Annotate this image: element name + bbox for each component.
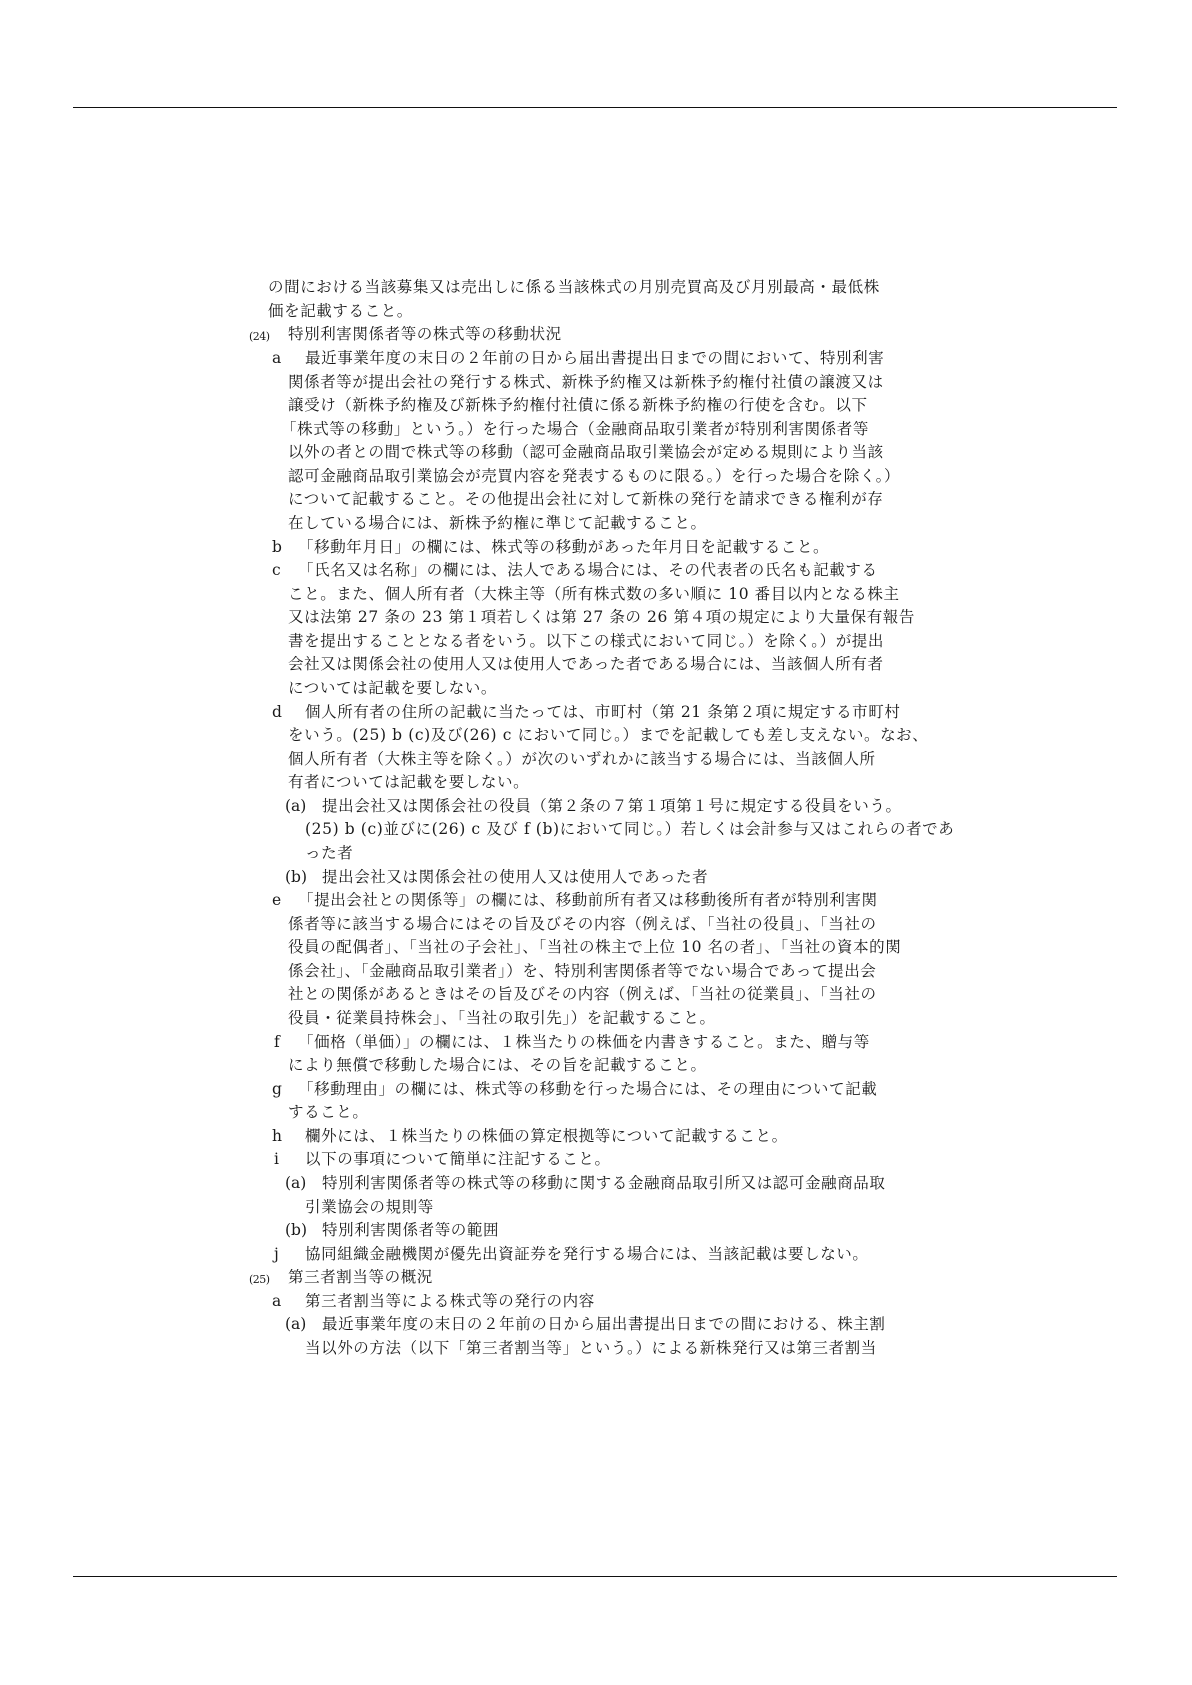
item-marker: (b) <box>285 1220 307 1240</box>
text-line: 「株式等の移動」という。）を行った場合（金融商品取引業者が特別利害関係者等 <box>281 419 869 439</box>
item-marker: g <box>272 1079 282 1099</box>
item-marker: d <box>272 702 282 722</box>
header-rule <box>73 107 1117 108</box>
item-marker: (24) <box>249 327 270 347</box>
text-line: 特別利害関係者等の株式等の移動状況 <box>288 324 562 344</box>
text-line: 役員・従業員持株会」、「当社の取引先」）を記載すること。 <box>288 1008 716 1028</box>
text-line: 在している場合には、新株予約権に準じて記載すること。 <box>288 513 707 533</box>
text-line: について記載すること。その他提出会社に対して新株の発行を請求できる権利が存 <box>288 489 883 509</box>
text-line: 係者等に該当する場合にはその旨及びその内容（例えば、「当社の役員」、「当社の <box>288 914 877 934</box>
text-line: 役員の配偶者」、「当社の子会社」、「当社の株主で上位 10 名の者」、「当社の資… <box>288 937 901 957</box>
text-line: 特別利害関係者等の株式等の移動に関する金融商品取引所又は認可金融商品取 <box>322 1173 886 1193</box>
text-line: 「価格（単価）」の欄には、１株当たりの株価を内書きすること。また、贈与等 <box>298 1032 870 1052</box>
text-line: 「移動理由」の欄には、株式等の移動を行った場合には、その理由について記載 <box>298 1079 877 1099</box>
item-marker: b <box>272 537 282 557</box>
item-marker: (a) <box>285 1314 306 1334</box>
text-line: 以下の事項について簡単に注記すること。 <box>305 1149 611 1169</box>
text-line: の間における当該募集又は売出しに係る当該株式の月別売買高及び月別最高・最低株 <box>268 277 880 297</box>
item-marker: h <box>272 1126 282 1146</box>
item-marker: (b) <box>285 867 307 887</box>
text-line: すること。 <box>288 1102 369 1122</box>
text-line: により無償で移動した場合には、その旨を記載すること。 <box>288 1055 707 1075</box>
text-line: 協同組織金融機関が優先出資証券を発行する場合には、当該記載は要しない。 <box>305 1244 869 1264</box>
text-line: 係会社」、「金融商品取引業者」）を、特別利害関係者等でない場合であって提出会 <box>288 961 876 981</box>
text-line: 又は法第 27 条の 23 第１項若しくは第 27 条の 26 第４項の規定によ… <box>288 607 915 627</box>
text-line: 最近事業年度の末日の２年前の日から届出書提出日までの間における、株主割 <box>322 1314 886 1334</box>
item-marker: a <box>272 348 281 368</box>
item-marker: (a) <box>285 1173 306 1193</box>
text-line: 第三者割当等の概況 <box>288 1267 433 1287</box>
text-line: 価を記載すること。 <box>268 301 413 321</box>
text-line: 第三者割当等による株式等の発行の内容 <box>305 1291 595 1311</box>
text-line: 引業協会の規則等 <box>305 1197 434 1217</box>
text-line: 特別利害関係者等の範囲 <box>322 1220 499 1240</box>
text-line: 「移動年月日」の欄には、株式等の移動があった年月日を記載すること。 <box>298 537 829 557</box>
text-line: 認可金融商品取引業協会が売買内容を発表するものに限る。）を行った場合を除く。） <box>288 466 900 486</box>
text-line: をいう。(25) b (c)及び(26) c において同じ。）までを記載しても差… <box>288 725 928 745</box>
item-marker: e <box>272 890 281 910</box>
item-marker: a <box>272 1291 281 1311</box>
item-marker: (a) <box>285 796 306 816</box>
text-line: については記載を要しない。 <box>288 678 497 698</box>
text-line: 「氏名又は名称」の欄には、法人である場合には、その代表者の氏名も記載する <box>298 560 878 580</box>
text-line: った者 <box>305 843 353 863</box>
text-line: 譲受け（新株予約権及び新株予約権付社債に係る新株予約権の行使を含む。以下 <box>288 395 868 415</box>
item-marker: f <box>274 1032 280 1052</box>
text-line: 以外の者との間で株式等の移動（認可金融商品取引業協会が定める規則により当該 <box>288 442 884 462</box>
text-line: 関係者等が提出会社の発行する株式、新株予約権又は新株予約権付社債の譲渡又は <box>288 372 884 392</box>
item-marker: j <box>274 1244 279 1264</box>
text-line: 最近事業年度の末日の２年前の日から届出書提出日までの間において、特別利害 <box>305 348 884 368</box>
text-line: 「提出会社との関係等」の欄には、移動前所有者又は移動後所有者が特別利害関 <box>298 890 878 910</box>
text-line: 欄外には、１株当たりの株価の算定根拠等について記載すること。 <box>305 1126 788 1146</box>
text-line: 社との関係があるときはその旨及びその内容（例えば、「当社の従業員」、「当社の <box>288 984 877 1004</box>
text-line: 当以外の方法（以下「第三者割当等」という。）による新株発行又は第三者割当 <box>305 1338 877 1358</box>
text-line: 個人所有者（大株主等を除く。）が次のいずれかに該当する場合には、当該個人所 <box>288 749 876 769</box>
footer-rule <box>73 1576 1117 1577</box>
text-line: 提出会社又は関係会社の使用人又は使用人であった者 <box>322 867 708 887</box>
item-marker: i <box>274 1149 279 1169</box>
item-marker: c <box>272 560 281 580</box>
text-line: 有者については記載を要しない。 <box>288 772 529 792</box>
text-line: 提出会社又は関係会社の役員（第２条の７第１項第１号に規定する役員をいう。 <box>322 796 902 816</box>
text-line: (25) b (c)並びに(26) c 及び f (b)において同じ。）若しくは… <box>305 819 954 839</box>
text-line: 会社又は関係会社の使用人又は使用人であった者である場合には、当該個人所有者 <box>288 654 884 674</box>
text-line: こと。また、個人所有者（大株主等（所有株式数の多い順に 10 番目以内となる株主 <box>288 584 900 604</box>
item-marker: (25) <box>249 1270 270 1290</box>
text-line: 個人所有者の住所の記載に当たっては、市町村（第 21 条第２項に規定する市町村 <box>305 702 900 722</box>
text-line: 書を提出することとなる者をいう。以下この様式において同じ。）を除く。）が提出 <box>288 631 884 651</box>
